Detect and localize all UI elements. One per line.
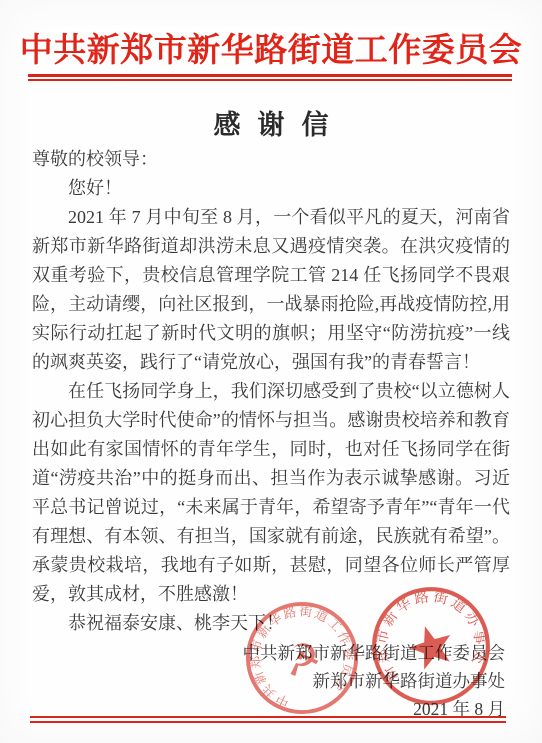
- salutation: 尊敬的校领导：: [32, 145, 510, 174]
- paragraph-thanks: 在任飞扬同学身上，我们深切感受到了贵校“以立德树人初心担负大学时代使命”的情怀与…: [32, 377, 510, 609]
- letterhead-org-name: 中共新郑市新华路街道工作委员会: [0, 24, 542, 71]
- letterhead-divider-thick: [28, 74, 512, 77]
- letter-body: 尊敬的校领导： 您好！ 2021 年 7 月中旬至 8 月，一个看似平凡的夏天，…: [32, 145, 510, 641]
- letter-page: 中共新郑市新华路街道工作委员会 感谢信 尊敬的校领导： 您好！ 2021 年 7…: [0, 0, 542, 743]
- footer-divider-bottom: [30, 721, 506, 723]
- signature-office: 新郑市新华路街道办事处: [243, 667, 506, 695]
- footer-divider-top: [30, 716, 506, 718]
- paragraph-deeds: 2021 年 7 月中旬至 8 月，一个看似平凡的夏天，河南省新郑市新华路街道却…: [32, 203, 510, 377]
- letterhead-divider-thin: [28, 79, 512, 81]
- signature-committee: 中共新郑市新华路街道工作委员会: [243, 639, 506, 667]
- signature-block: 中共新郑市新华路街道工作委员会 新郑市新华路街道办事处 2021 年 8 月: [243, 639, 506, 723]
- paragraph-greeting: 您好！: [32, 174, 510, 203]
- footer-divider: [30, 716, 506, 723]
- paragraph-wishes: 恭祝福泰安康、桃李天下！: [32, 609, 510, 638]
- letter-title: 感谢信: [0, 103, 542, 142]
- letterhead-divider: [28, 74, 512, 81]
